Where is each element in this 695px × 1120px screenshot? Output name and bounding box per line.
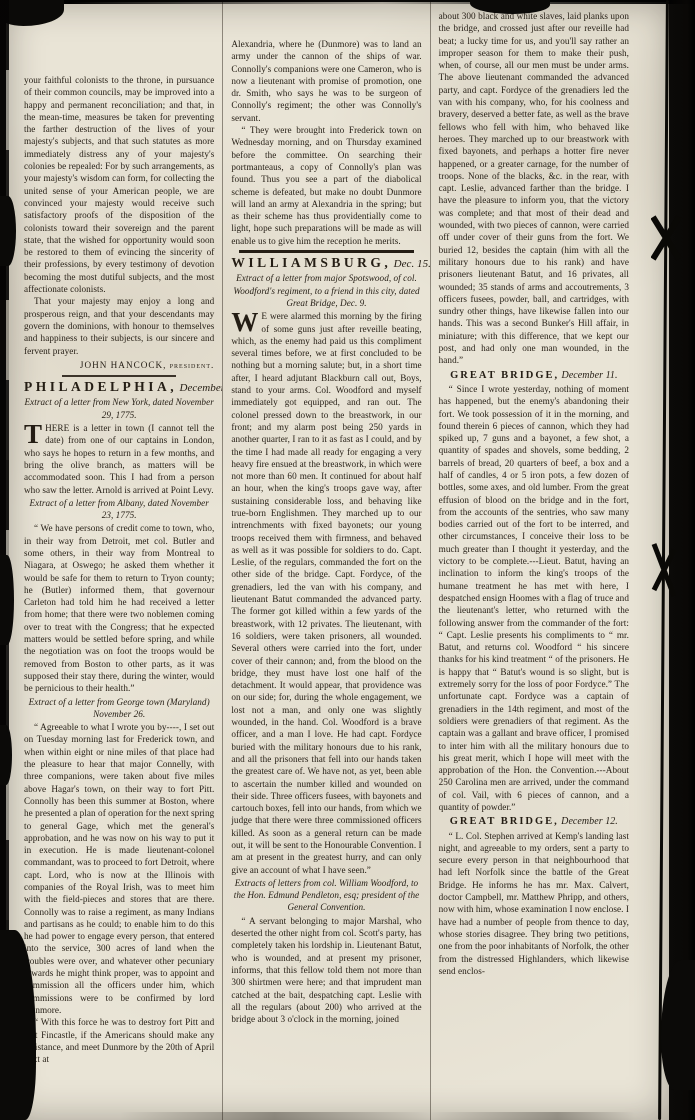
paragraph: “ Agreeable to what I wrote you by----, … (24, 721, 214, 1016)
section-rule (62, 375, 176, 377)
dateline-date: December 12. (561, 816, 618, 827)
paragraph-dropcap: THERE is a letter in town (I cannot tell… (24, 422, 214, 496)
dateline-place: GREAT BRIDGE, (450, 816, 559, 827)
columns: your faithful colonists to the throne, i… (16, 2, 637, 1120)
dateline-date: December 11. (562, 370, 618, 381)
dateline-place: WILLIAMSBURG, (231, 255, 391, 270)
section-rule (239, 250, 414, 253)
drop-cap: T (24, 422, 45, 446)
letter-extract-caption: Extracts of letters from col. William Wo… (231, 877, 421, 914)
paragraph: “ They were brought into Frederick town … (231, 124, 421, 247)
dateline-date: Dec. 15. (394, 258, 430, 270)
letter-extract-caption: Extract of a letter from Albany, dated N… (24, 497, 214, 522)
dateline-heading: PHILADELPHIA, December 2. (24, 381, 214, 394)
paragraph: Alexandria, where he (Dunmore) was to la… (231, 38, 421, 124)
dateline-place: PHILADELPHIA, (24, 379, 177, 394)
newspaper-sheet: your faithful colonists to the throne, i… (6, 2, 669, 1120)
paragraph: “ We have persons of credit come to town… (24, 522, 214, 694)
drop-cap: W (231, 310, 261, 334)
dateline-place: GREAT BRIDGE, (450, 370, 559, 381)
letter-extract-caption: Extract of a letter from George town (Ma… (24, 696, 214, 721)
dateline-date: December 2. (180, 382, 223, 394)
column-3: about 300 black and white slaves, laid p… (430, 2, 637, 1120)
letter-extract-caption: Extract of a letter from major Spotswood… (231, 272, 421, 309)
paragraph: about 300 black and white slaves, laid p… (439, 10, 629, 367)
dateline-heading: GREAT BRIDGE, December 12. (439, 815, 629, 828)
paragraph: your faithful colonists to the throne, i… (24, 74, 214, 295)
paragraph: That your majesty may enjoy a long and p… (24, 295, 214, 356)
paragraph: “ L. Col. Stephen arrived at Kemp's land… (439, 830, 629, 978)
column-1: your faithful colonists to the throne, i… (16, 2, 222, 1120)
dateline-heading: WILLIAMSBURG, Dec. 15. (231, 257, 421, 270)
signature-line: JOHN HANCOCK, president. (24, 359, 214, 371)
paragraph-dropcap: WE were alarmed this morning by the firi… (231, 310, 421, 876)
dateline-heading: GREAT BRIDGE, December 11. (439, 369, 629, 382)
scan-edge-right (669, 0, 695, 1120)
letter-extract-caption: Extract of a letter from New York, dated… (24, 396, 214, 421)
paragraph: “ A servant belonging to major Marshal, … (231, 915, 421, 1026)
paragraph: “ With this force he was to destroy fort… (24, 1016, 214, 1065)
paragraph: “ Since I wrote yesterday, nothing of mo… (439, 383, 629, 813)
column-2: Alexandria, where he (Dunmore) was to la… (222, 2, 429, 1120)
